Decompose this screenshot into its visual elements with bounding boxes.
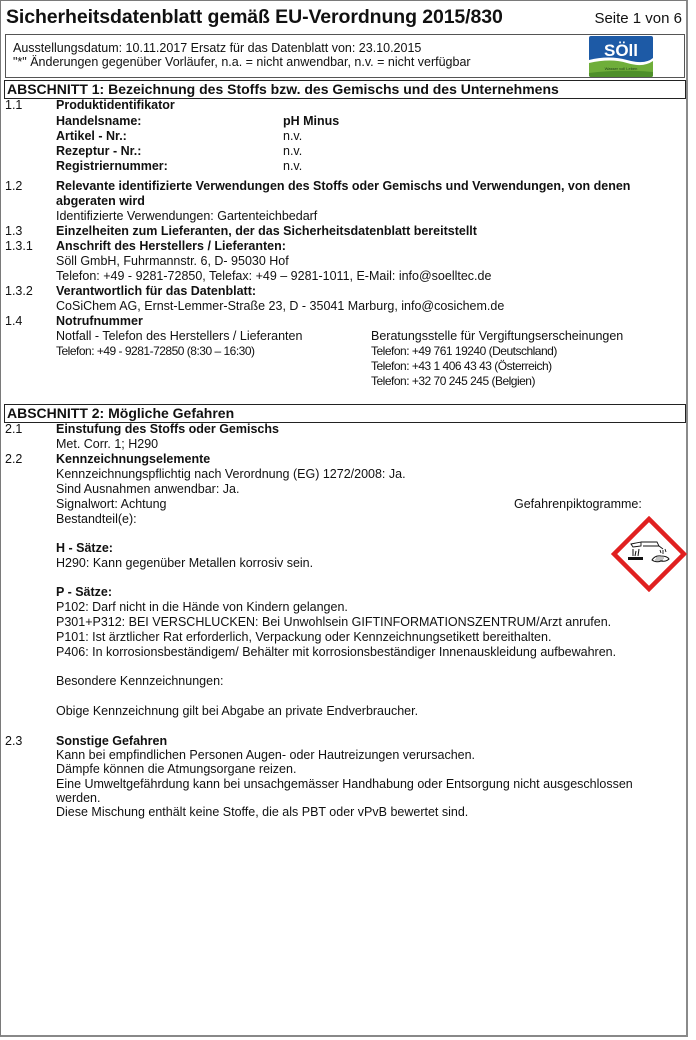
section-2-3-heading: Sonstige Gefahren (56, 734, 167, 749)
document-page: Sicherheitsdatenblatt gemäß EU-Verordnun… (0, 0, 688, 1037)
emergency-left-phone: Telefon: +49 - 9281-72850 (8:30 – 16:30) (56, 344, 255, 359)
poison-center-phone: Telefon: +43 1 406 43 43 (Österreich) (371, 359, 552, 374)
other-hazard-line: Kann bei empfindlichen Personen Augen- o… (56, 748, 475, 763)
section-1-4-heading: Notrufnummer (56, 314, 143, 329)
other-hazard-line: Eine Umweltgefährdung kann bei unsachgem… (56, 777, 633, 792)
section-2-1-number: 2.1 (5, 422, 22, 437)
field-value-trade-name: pH Minus (283, 114, 339, 129)
logo-tagline: Wasser voll Leben (605, 66, 638, 71)
manufacturer-contact: Telefon: +49 - 9281-72850, Telefax: +49 … (56, 269, 491, 284)
emergency-left-label: Notfall - Telefon des Herstellers / Lief… (56, 329, 302, 344)
h-statements-heading: H - Sätze: (56, 541, 113, 556)
other-hazard-line: Diese Mischung enthält keine Stoffe, die… (56, 805, 468, 820)
section-1-1-number: 1.1 (5, 98, 22, 113)
h-statement: H290: Kann gegenüber Metallen korrosiv s… (56, 556, 313, 571)
p-statement: P301+P312: BEI VERSCHLUCKEN: Bei Unwohls… (56, 615, 611, 630)
field-label: Handelsname: (56, 114, 141, 129)
soell-logo: SÖll Wasser voll Leben (589, 36, 653, 77)
section-2-2-heading: Kennzeichnungselemente (56, 452, 210, 467)
section-1-3-1-heading: Anschrift des Herstellers / Lieferanten: (56, 239, 286, 254)
legend-line: "*" Änderungen gegenüber Vorläufer, n.a.… (13, 55, 471, 69)
section-1-4-number: 1.4 (5, 314, 22, 329)
section-1-2-heading: Relevante identifizierte Verwendungen de… (56, 179, 630, 194)
section-1-2-number: 1.2 (5, 179, 22, 194)
field-value-recipe-number: n.v. (283, 144, 302, 159)
responsible-party: CoSiChem AG, Ernst-Lemmer-Straße 23, D -… (56, 299, 504, 314)
p-statements-heading: P - Sätze: (56, 585, 112, 600)
other-hazard-line: Dämpfe können die Atmungsorgane reizen. (56, 762, 296, 777)
section-2-1-heading: Einstufung des Stoffs oder Gemischs (56, 422, 279, 437)
section-1-1-heading: Produktidentifikator (56, 98, 175, 113)
section-1-2-text: Identifizierte Verwendungen: Gartenteich… (56, 209, 317, 224)
section-2-3-number: 2.3 (5, 734, 22, 749)
section-1-3-heading: Einzelheiten zum Lieferanten, der das Si… (56, 224, 477, 239)
classification-text: Met. Corr. 1; H290 (56, 437, 158, 452)
section-1-3-1-number: 1.3.1 (5, 239, 33, 254)
pictogram-label: Gefahrenpiktogramme: (514, 497, 642, 512)
page-indicator: Seite 1 von 6 (594, 10, 682, 27)
manufacturer-address: Söll GmbH, Fuhrmannstr. 6, D- 95030 Hof (56, 254, 289, 269)
field-label: Artikel - Nr.: (56, 129, 127, 144)
corrosion-pictogram-icon (611, 516, 687, 592)
section-2-header: ABSCHNITT 2: Mögliche Gefahren (4, 404, 686, 423)
emergency-right-label: Beratungsstelle für Vergiftungserscheinu… (371, 329, 623, 344)
section-1-2-heading-cont: abgeraten wird (56, 194, 145, 209)
other-hazard-line: werden. (56, 791, 100, 806)
section-1-header: ABSCHNITT 1: Bezeichnung des Stoffs bzw.… (4, 80, 686, 99)
section-2-2-number: 2.2 (5, 452, 22, 467)
special-labeling-text: Obige Kennzeichnung gilt bei Abgabe an p… (56, 704, 418, 719)
p-statement: P406: In korrosionsbeständigem/ Behälter… (56, 645, 616, 660)
special-labeling-label: Besondere Kennzeichnungen: (56, 674, 224, 689)
issue-date-line: Ausstellungsdatum: 10.11.2017 Ersatz für… (13, 41, 421, 55)
poison-center-phone: Telefon: +49 761 19240 (Deutschland) (371, 344, 557, 359)
p-statement: P101: Ist ärztlicher Rat erforderlich, V… (56, 630, 551, 645)
document-title: Sicherheitsdatenblatt gemäß EU-Verordnun… (6, 6, 503, 29)
labeling-line: Sind Ausnahmen anwendbar: Ja. (56, 482, 239, 497)
field-label: Rezeptur - Nr.: (56, 144, 141, 159)
logo-text: SÖll (604, 41, 638, 60)
section-1-3-number: 1.3 (5, 224, 22, 239)
field-value-registration-number: n.v. (283, 159, 302, 174)
section-1-3-2-heading: Verantwortlich für das Datenblatt: (56, 284, 256, 299)
document-header-box: Ausstellungsdatum: 10.11.2017 Ersatz für… (5, 34, 685, 78)
labeling-line: Kennzeichnungspflichtig nach Verordnung … (56, 467, 406, 482)
signal-word: Signalwort: Achtung (56, 497, 167, 512)
field-label: Registriernummer: (56, 159, 168, 174)
p-statement: P102: Darf nicht in die Hände von Kinder… (56, 600, 348, 615)
poison-center-phone: Telefon: +32 70 245 245 (Belgien) (371, 374, 535, 389)
section-1-3-2-number: 1.3.2 (5, 284, 33, 299)
field-value-article-number: n.v. (283, 129, 302, 144)
components-label: Bestandteil(e): (56, 512, 137, 527)
